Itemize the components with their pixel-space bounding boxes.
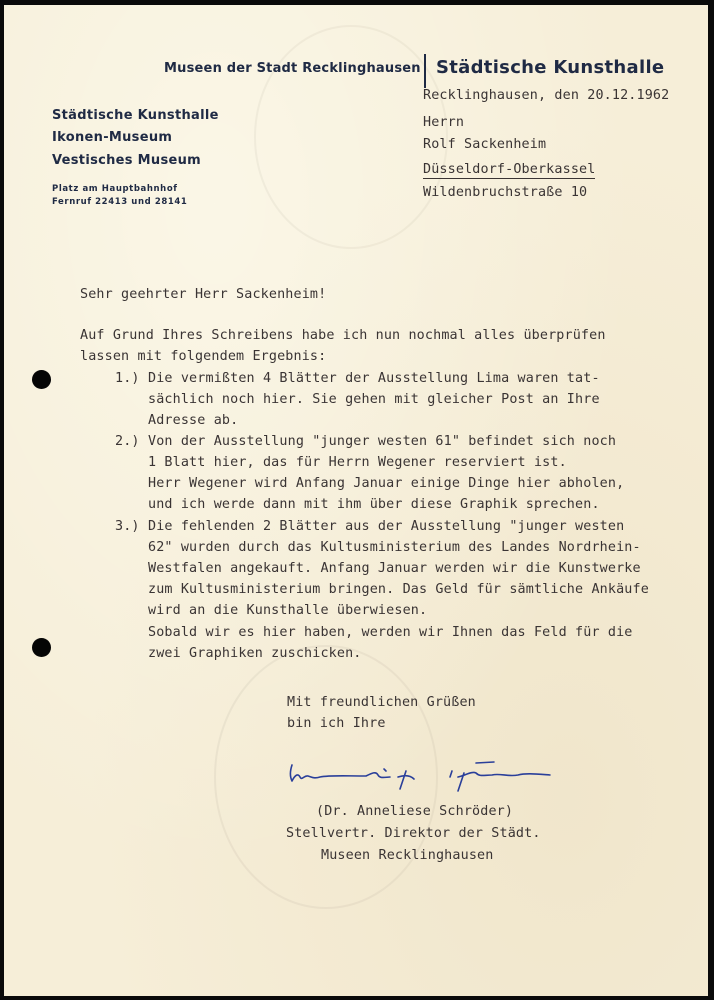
letterhead-museum-1: Städtische Kunsthalle [52, 108, 219, 123]
item-number: 1.) [115, 371, 140, 386]
letterhead-divider [424, 54, 426, 88]
letterhead-institution: Städtische Kunsthalle [436, 57, 664, 78]
signer-name: (Dr. Anneliese Schröder) [316, 804, 513, 819]
item-line: sächlich noch hier. Sie gehen mit gleich… [148, 392, 600, 407]
signer-title: Stellvertr. Direktor der Städt. [286, 826, 541, 841]
intro-line: lassen mit folgendem Ergebnis: [80, 349, 326, 364]
item-line: Adresse ab. [148, 413, 238, 428]
closing-line: bin ich Ihre [287, 716, 386, 731]
punch-hole-lower [32, 638, 51, 657]
letterhead-museum-2: Ikonen-Museum [52, 130, 172, 145]
item-line: Herr Wegener wird Anfang Januar einige D… [148, 476, 624, 491]
place-date: Recklinghausen, den 20.12.1962 [423, 88, 669, 103]
item-line: 62" wurden durch das Kultusministerium d… [148, 540, 641, 555]
punch-hole-upper [32, 370, 51, 389]
item-line: 1 Blatt hier, das für Herrn Wegener rese… [148, 455, 567, 470]
greeting: Sehr geehrter Herr Sackenheim! [80, 287, 326, 302]
item-line: Westfalen angekauft. Anfang Januar werde… [148, 561, 641, 576]
item-line: und ich werde dann mit ihm über diese Gr… [148, 497, 600, 512]
item-line: zwei Graphiken zuschicken. [148, 646, 362, 661]
item-line: Die vermißten 4 Blätter der Ausstellung … [148, 371, 600, 386]
item-line: wird an die Kunsthalle überwiesen. [148, 603, 427, 618]
intro-line: Auf Grund Ihres Schreibens habe ich nun … [80, 328, 606, 343]
letter-page: Museen der Stadt Recklinghausen Städtisc… [4, 5, 708, 996]
signer-title: Museen Recklinghausen [321, 848, 493, 863]
item-line: Von der Ausstellung "junger westen 61" b… [148, 434, 616, 449]
letterhead-address: Platz am Hauptbahnhof [52, 184, 178, 194]
recipient-street: Wildenbruchstraße 10 [423, 185, 587, 200]
handwritten-signature [286, 757, 576, 797]
letterhead-phone: Fernruf 22413 und 28141 [52, 197, 187, 207]
item-line: Die fehlenden 2 Blätter aus der Ausstell… [148, 519, 624, 534]
recipient-city: Düsseldorf-Oberkassel [423, 162, 595, 179]
letterhead-organization: Museen der Stadt Recklinghausen [164, 61, 421, 76]
item-line: zum Kultusministerium bringen. Das Geld … [148, 582, 649, 597]
recipient-salutation: Herrn [423, 115, 464, 130]
item-number: 2.) [115, 434, 140, 449]
faded-stamp-top [254, 25, 448, 249]
closing-line: Mit freundlichen Grüßen [287, 695, 476, 710]
item-line: Sobald wir es hier haben, werden wir Ihn… [148, 625, 633, 640]
item-number: 3.) [115, 519, 140, 534]
letterhead-museum-3: Vestisches Museum [52, 153, 201, 168]
recipient-name: Rolf Sackenheim [423, 137, 546, 152]
